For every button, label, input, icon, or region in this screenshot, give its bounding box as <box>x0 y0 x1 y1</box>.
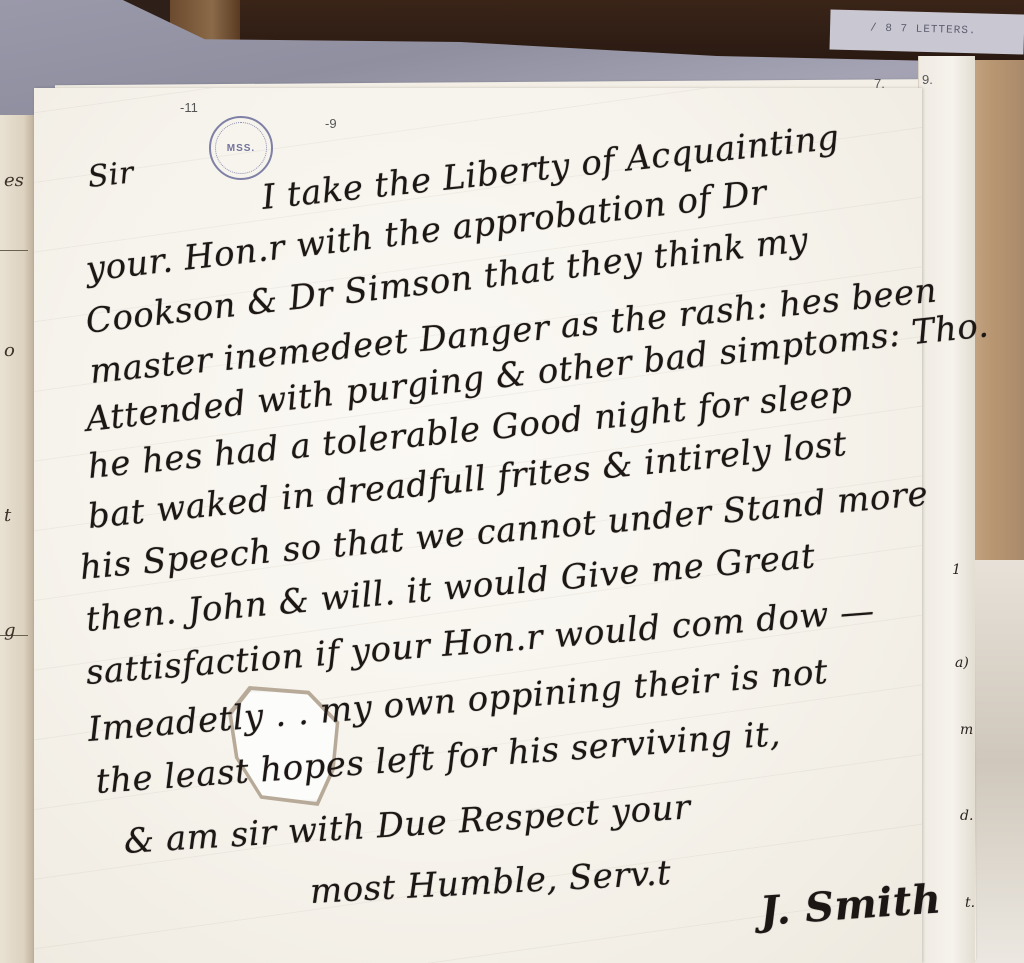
loose-paper-scraps <box>975 560 1024 963</box>
folio-mark: 7. <box>874 76 885 91</box>
rule-line <box>0 250 28 251</box>
margin-note: a) <box>955 655 969 671</box>
archive-label-card: / 8 7 LETTERS. <box>830 9 1024 54</box>
folio-mark: -11 <box>180 100 198 115</box>
folio-mark: 9. <box>922 72 933 87</box>
margin-note: t. <box>965 895 975 911</box>
margin-note: 1 <box>952 562 961 578</box>
margin-note: d. <box>960 808 973 824</box>
folio-mark: -9 <box>325 116 337 131</box>
previous-page-edge: es o t g <box>0 115 36 963</box>
previous-page-text: es <box>4 170 24 191</box>
previous-page-text: g <box>4 620 16 641</box>
margin-note: m <box>960 722 973 738</box>
previous-page-text: o <box>4 340 15 361</box>
previous-page-text: t <box>4 505 11 526</box>
library-stamp: MSS. <box>209 116 273 180</box>
salutation: Sir <box>86 155 135 195</box>
